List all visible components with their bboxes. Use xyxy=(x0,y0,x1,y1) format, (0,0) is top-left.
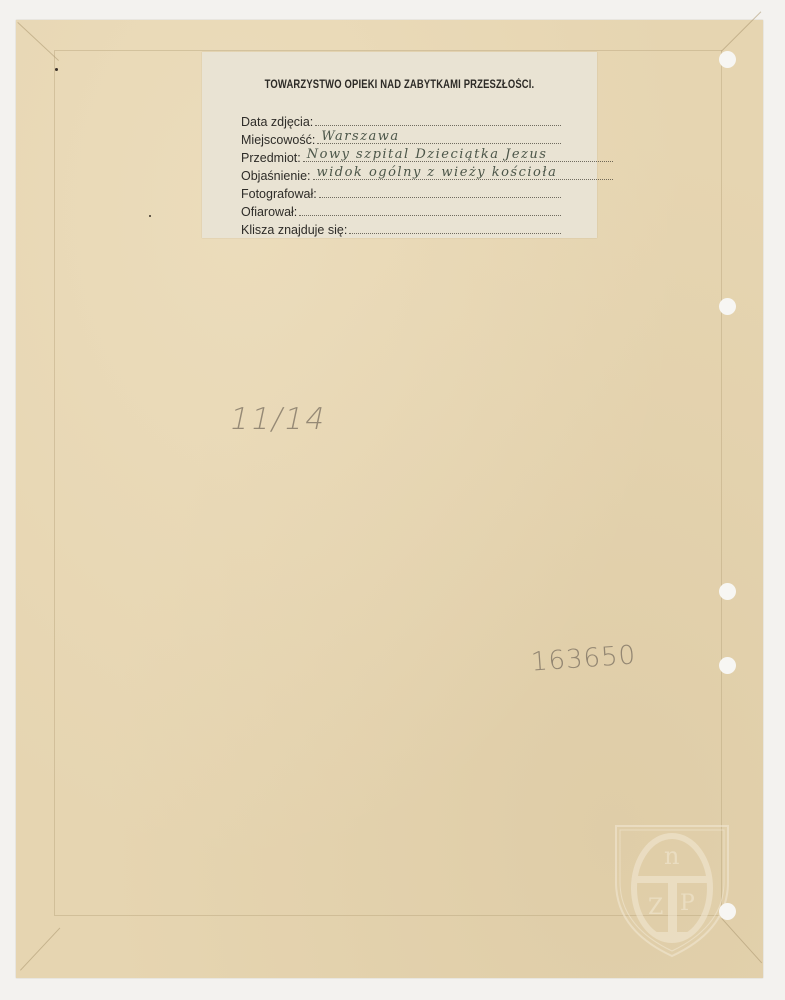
svg-text:P: P xyxy=(680,891,695,916)
handwritten-value: Warszawa xyxy=(321,129,399,144)
corner-fold-top-left xyxy=(17,22,59,61)
field-donor: Ofiarował: xyxy=(241,202,561,219)
field-locality: Miejscowość: Warszawa xyxy=(241,130,561,147)
field-label: Fotografował: xyxy=(241,187,317,201)
field-negative-location: Klisza znajduje się: xyxy=(241,220,561,237)
punch-hole-3 xyxy=(719,583,736,600)
field-subject: Przedmiot: Nowy szpital Dzieciątka Jezus xyxy=(241,148,613,165)
field-photographer: Fotografował: xyxy=(241,184,561,201)
handwritten-value: widok ogólny z wieży kościoła xyxy=(317,165,558,180)
svg-text:n: n xyxy=(664,842,679,870)
pencil-shelf-mark: 11/14 xyxy=(226,402,330,437)
punch-hole-2 xyxy=(719,298,736,315)
corner-fold-bottom-left xyxy=(20,928,60,971)
field-label: Klisza znajduje się: xyxy=(241,223,347,237)
card-title: TOWARZYSTWO OPIEKI NAD ZABYTKAMI PRZESZŁ… xyxy=(238,79,562,91)
field-label: Ofiarował: xyxy=(241,205,297,219)
field-label: Przedmiot: xyxy=(241,151,301,165)
society-label-card: TOWARZYSTWO OPIEKI NAD ZABYTKAMI PRZESZŁ… xyxy=(202,52,597,238)
field-label: Miejscowość: xyxy=(241,133,315,147)
field-label: Objaśnienie: xyxy=(241,169,311,183)
field-explanation: Objaśnienie: widok ogólny z wieży kościo… xyxy=(241,166,613,183)
mount-card-sheet: TOWARZYSTWO OPIEKI NAD ZABYTKAMI PRZESZŁ… xyxy=(16,20,763,978)
punch-hole-1 xyxy=(719,51,736,68)
punch-hole-5 xyxy=(719,903,736,920)
field-date: Data zdjęcia: xyxy=(241,112,561,129)
punch-hole-4 xyxy=(719,657,736,674)
field-label: Data zdjęcia: xyxy=(241,115,313,129)
pin-mark-left xyxy=(149,215,151,217)
tonzp-monogram-watermark-icon: n Z P xyxy=(612,820,732,960)
svg-text:Z: Z xyxy=(648,895,663,920)
handwritten-value: Nowy szpital Dzieciątka Jezus xyxy=(307,147,548,162)
corner-fold-top-right xyxy=(721,11,761,51)
pin-mark-top-left xyxy=(55,68,58,71)
